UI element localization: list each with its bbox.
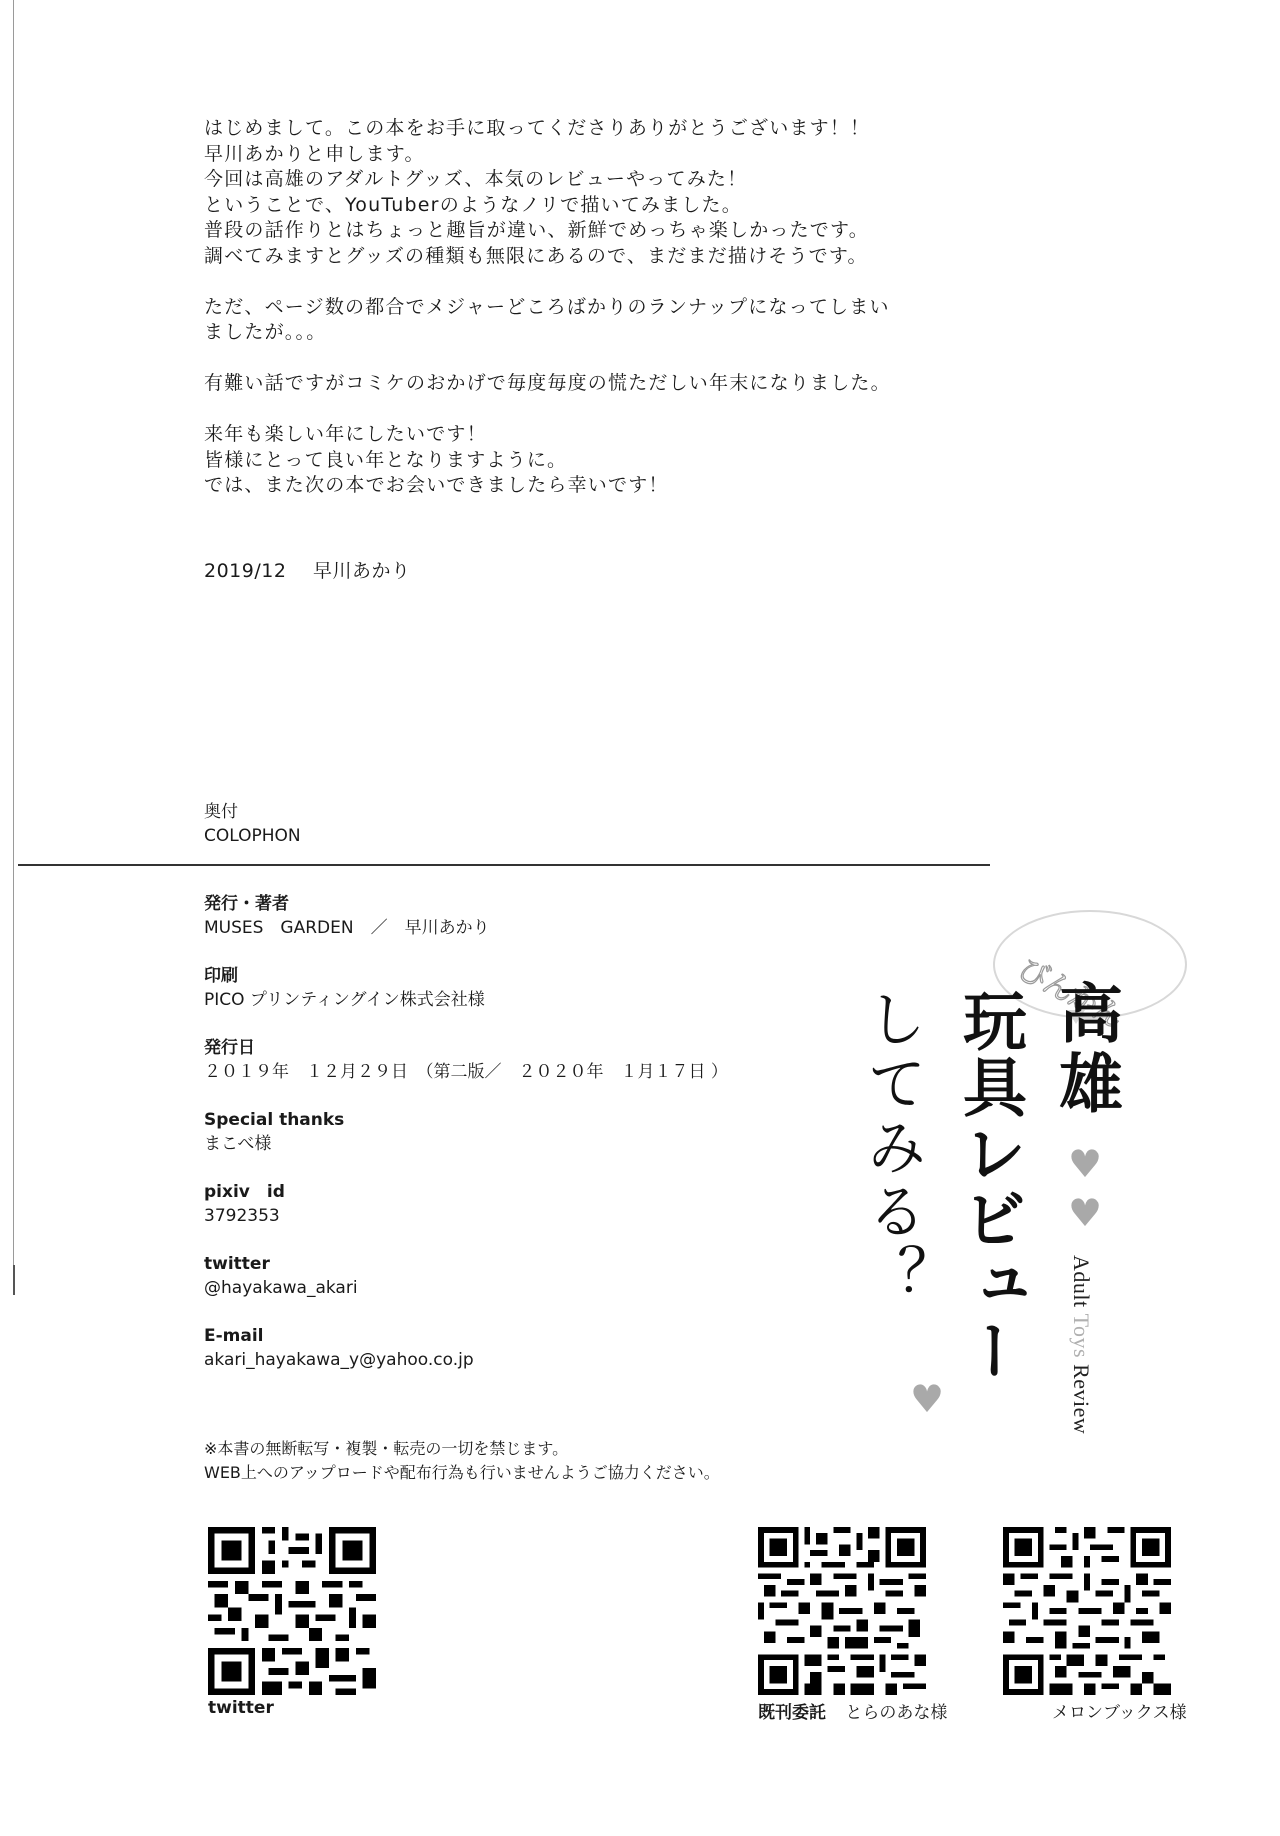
afterword-line: では、また次の本でお会いできましたら幸いです！ xyxy=(204,473,964,499)
entry-value: PICO プリンティングイン株式会社様 xyxy=(204,988,824,1012)
entry-value: ２０１９年 １２月２９日 （第二版／ ２０２０年 １月１７日 ） xyxy=(204,1060,824,1084)
subtitle-word: Review xyxy=(1069,1358,1094,1434)
colophon: 発行・著者 MUSES GARDEN ／ 早川あかり 印刷 PICO プリンティ… xyxy=(204,892,824,1396)
colophon-entry-date: 発行日 ２０１９年 １２月２９日 （第二版／ ２０２０年 １月１７日 ） xyxy=(204,1036,824,1084)
notice-line: WEB上へのアップロードや配布行為も行いませんようご協力ください。 xyxy=(204,1461,720,1485)
subtitle-word-toys: Toys xyxy=(1069,1314,1094,1358)
heart-icon: ♥ xyxy=(910,1380,944,1418)
entry-value: まこべ様 xyxy=(204,1132,824,1156)
signature-name: 早川あかり xyxy=(313,560,411,582)
title-column-3: してみる？ xyxy=(862,988,922,1308)
scan-edge-mark xyxy=(13,1265,15,1295)
subtitle-adult-toys-review: Adult Toys Review xyxy=(1068,1255,1094,1434)
entry-value: akari_hayakawa_y@yahoo.co.jp xyxy=(204,1348,824,1372)
qr-icon xyxy=(1003,1527,1171,1695)
afterword-line: 来年も楽しい年にしたいです！ xyxy=(204,422,964,448)
colophon-entry-pixiv: pixiv id 3792353 xyxy=(204,1180,824,1228)
subtitle-word: Adult xyxy=(1069,1255,1094,1314)
qr-label-twitter: twitter xyxy=(208,1698,274,1718)
heart-icon: ♥ xyxy=(1068,1145,1102,1183)
afterword-line: 皆様にとって良い年となりますように。 xyxy=(204,448,964,474)
entry-label: twitter xyxy=(204,1252,824,1276)
entry-label: E-mail xyxy=(204,1324,824,1348)
title-column-2: 玩具レビュー xyxy=(957,988,1021,1384)
afterword-line: ということで、YouTuberのようなノリで描いてみました。 xyxy=(204,193,964,219)
qr-code-melonbooks[interactable] xyxy=(1003,1527,1171,1695)
qr-label-toranoana: 既刊委託 とらのあな様 xyxy=(758,1698,947,1723)
divider-rule xyxy=(18,864,990,866)
signature: 2019/12 早川あかり xyxy=(204,556,411,583)
heart-icon: ♥ xyxy=(1068,1194,1102,1232)
entry-label: 発行・著者 xyxy=(204,892,824,916)
entry-value: 3792353 xyxy=(204,1204,824,1228)
title-logo: びんかん 高雄 玩具レビュー してみる？ ♥ ♥ ♥ Adult Toys Re… xyxy=(850,860,1190,1480)
qr-label-melonbooks: メロンブックス様 xyxy=(1052,1698,1187,1723)
qr-icon xyxy=(208,1527,376,1695)
afterword-line: 普段の話作りとはちょっと趣旨が違い、新鮮でめっちゃ楽しかったです。 xyxy=(204,218,964,244)
copyright-notice: ※本書の無断転写・複製・転売の一切を禁じます。 WEB上へのアップロードや配布行… xyxy=(204,1437,720,1485)
colophon-title-en: COLOPHON xyxy=(204,824,301,848)
signature-date: 2019/12 xyxy=(204,560,286,582)
title-column-1: 高雄 xyxy=(1053,980,1117,1120)
paragraph-gap xyxy=(204,397,964,423)
qr-label-consignment: 既刊委託 xyxy=(758,1703,826,1723)
entry-label: Special thanks xyxy=(204,1108,824,1132)
scan-edge-line xyxy=(13,0,14,1290)
colophon-title-ja: 奥付 xyxy=(204,800,301,824)
afterword-line: 有難い話ですがコミケのおかげで毎度毎度の慌ただしい年末になりました。 xyxy=(204,371,964,397)
colophon-entry-email: E-mail akari_hayakawa_y@yahoo.co.jp xyxy=(204,1324,824,1372)
paragraph-gap xyxy=(204,269,964,295)
afterword-line: 今回は高雄のアダルトグッズ、本気のレビューやってみた！ xyxy=(204,167,964,193)
colophon-entry-thanks: Special thanks まこべ様 xyxy=(204,1108,824,1156)
qr-code-toranoana[interactable] xyxy=(758,1527,926,1695)
afterword-line: ただ、ページ数の都合でメジャーどころばかりのランナップになってしまい xyxy=(204,295,964,321)
entry-label: 発行日 xyxy=(204,1036,824,1060)
qr-icon xyxy=(758,1527,926,1695)
entry-label: 印刷 xyxy=(204,964,824,988)
entry-value: @hayakawa_akari xyxy=(204,1276,824,1300)
afterword-line: はじめまして。この本をお手に取ってくださりありがとうございます！！ xyxy=(204,116,964,142)
qr-code-twitter[interactable] xyxy=(208,1527,376,1695)
paragraph-gap xyxy=(204,346,964,372)
qr-label-shop: とらのあな様 xyxy=(845,1703,947,1723)
notice-line: ※本書の無断転写・複製・転売の一切を禁じます。 xyxy=(204,1437,720,1461)
colophon-entry-printer: 印刷 PICO プリンティングイン株式会社様 xyxy=(204,964,824,1012)
colophon-entry-twitter: twitter @hayakawa_akari xyxy=(204,1252,824,1300)
afterword-line: 調べてみますとグッズの種類も無限にあるので、まだまだ描けそうです。 xyxy=(204,244,964,270)
colophon-entry-publisher: 発行・著者 MUSES GARDEN ／ 早川あかり xyxy=(204,892,824,940)
afterword: はじめまして。この本をお手に取ってくださりありがとうございます！！ 早川あかりと… xyxy=(204,116,964,499)
entry-label: pixiv id xyxy=(204,1180,824,1204)
colophon-heading: 奥付 COLOPHON xyxy=(204,800,301,848)
entry-value: MUSES GARDEN ／ 早川あかり xyxy=(204,916,824,940)
afterword-line: ましたが。。。 xyxy=(204,320,964,346)
afterword-line: 早川あかりと申します。 xyxy=(204,142,964,168)
